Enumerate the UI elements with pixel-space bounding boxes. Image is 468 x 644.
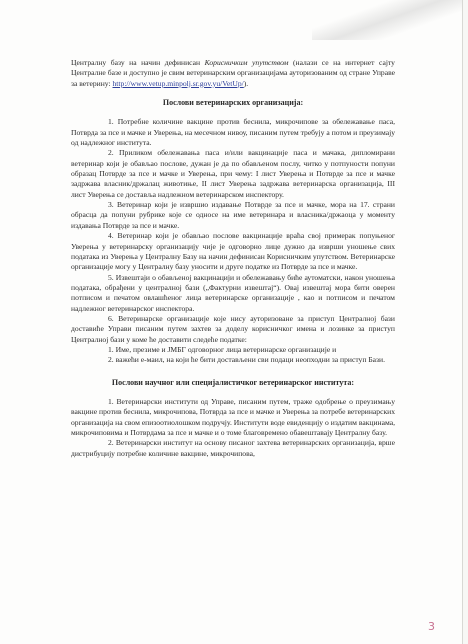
section-title-institutes: Послови научног или специјалистичког вет… — [71, 378, 395, 388]
sub-list-item: 1. Име, презиме и ЈМБГ одговорног лица в… — [71, 345, 395, 355]
list-item: 3. Ветеринар који је извршио издавање По… — [71, 200, 395, 231]
list-item: 2. Ветеринарски институт на основу писан… — [71, 438, 395, 459]
paper-crease — [312, 0, 462, 40]
intro-text: Централну базу на начин дефинисан — [71, 58, 205, 67]
list-item: 1. Потребне количине вакцине против бесн… — [71, 117, 395, 148]
list-item: 2. Приликом обележавања паса и/или вакци… — [71, 148, 395, 200]
list-item: 4. Ветеринар који је обављао послове вак… — [71, 231, 395, 272]
handwritten-page-number: 3 — [428, 620, 435, 633]
intro-italic: Корисничким упутством — [205, 58, 289, 67]
intro-text-3: ). — [244, 79, 248, 88]
list-item: 6. Ветеринарске организације које нису а… — [71, 314, 395, 345]
scanned-page: Централну базу на начин дефинисан Корисн… — [0, 0, 463, 644]
document-body: Централну базу на начин дефинисан Корисн… — [71, 58, 395, 459]
list-item: 5. Извештаји о обављеној вакцинацији и о… — [71, 273, 395, 314]
sub-list-item: 2. важећи е-маил, на који ће бити достав… — [71, 355, 395, 365]
list-item: 1. Ветеринарски институти од Управе, пис… — [71, 397, 395, 438]
vetup-link[interactable]: http://www.vetup.minpolj.sr.gov.yu/VetUp… — [113, 79, 244, 88]
intro-paragraph: Централну базу на начин дефинисан Корисн… — [71, 58, 395, 89]
section-title-vet-orgs: Послови ветеринарских организација: — [71, 98, 395, 108]
